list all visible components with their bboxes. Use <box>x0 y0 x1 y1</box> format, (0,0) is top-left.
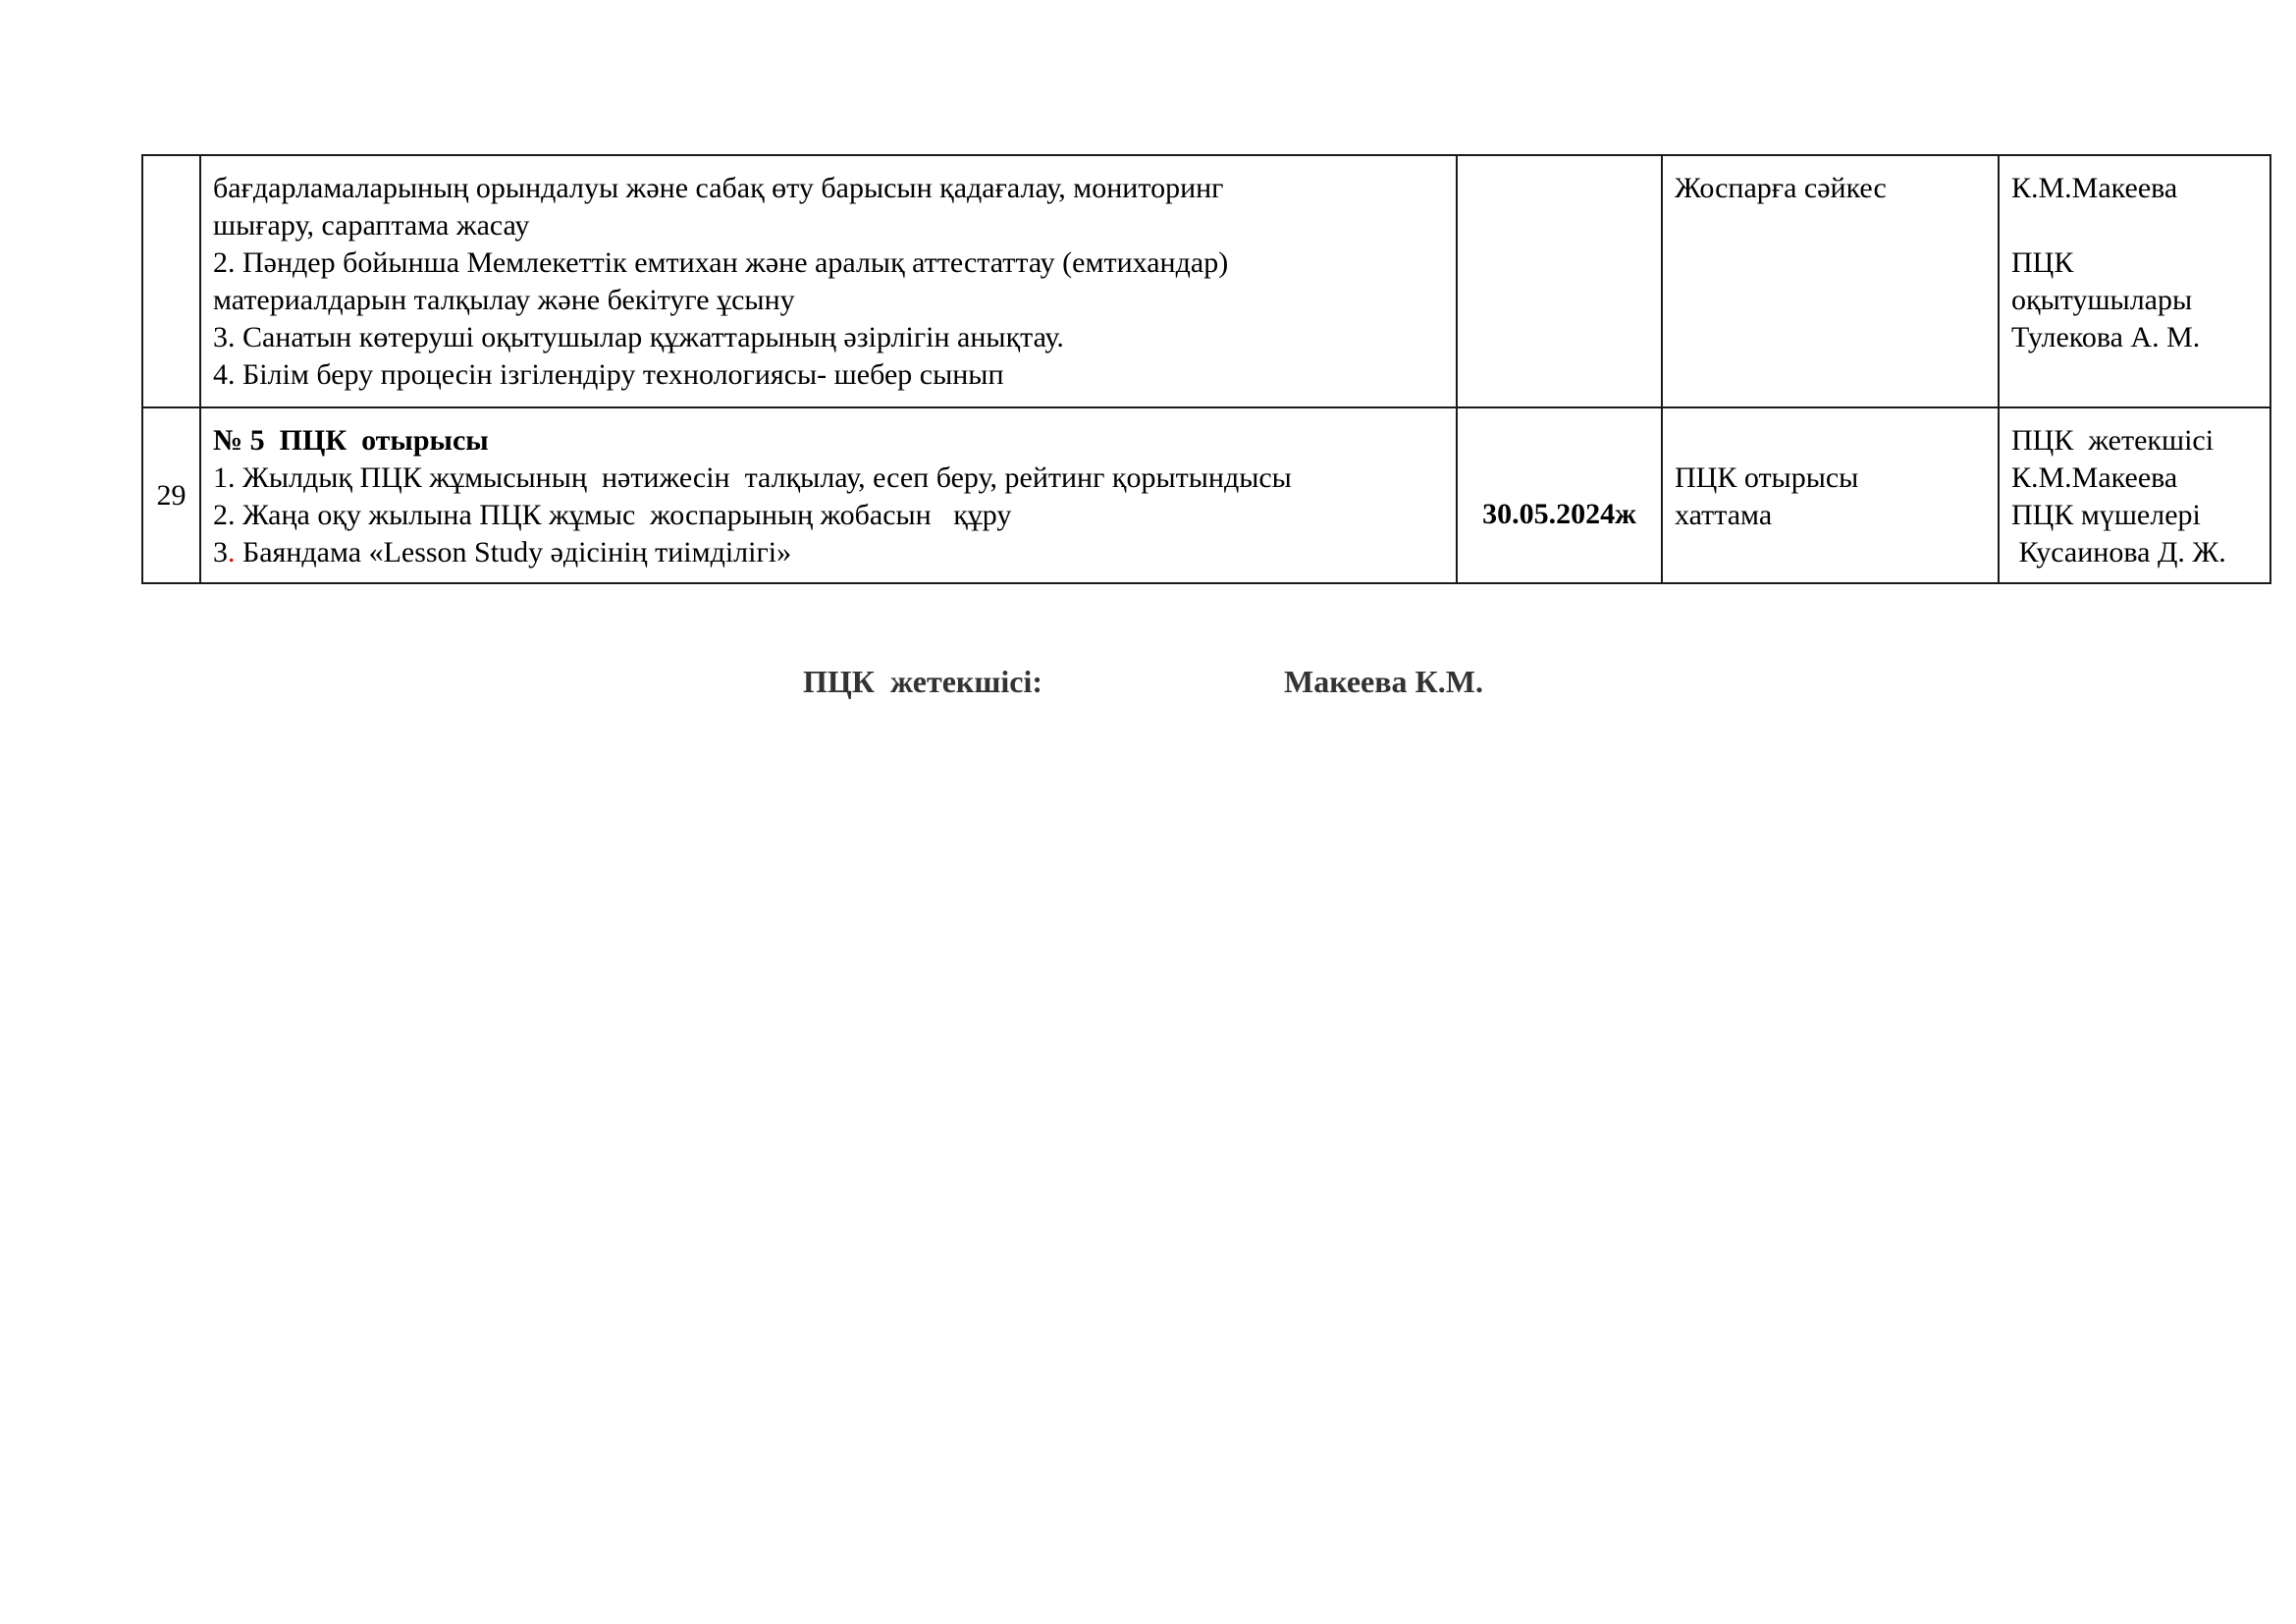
form-line: ПЦК отырысы <box>1675 460 1988 497</box>
item-number-dot: . <box>228 536 236 568</box>
responsible-cell: К.М.Макеева ПЦК оқытушылары Тулекова А. … <box>1999 155 2270 407</box>
work-plan-table: бағдарламаларының орындалуы және сабақ ө… <box>141 154 2271 584</box>
completion-form-cell: ПЦК отырысы хаттама <box>1662 407 1999 583</box>
responsible-line <box>2011 207 2260 244</box>
responsible-cell: ПЦК жетекшісі К.М.Макеева ПЦК мүшелері К… <box>1999 407 2270 583</box>
row-number: 29 <box>157 479 187 512</box>
date-cell: 30.05.2024ж <box>1457 407 1662 583</box>
responsible-line: ПЦК жетекшісі <box>2011 422 2260 460</box>
item-number: 3 <box>213 536 228 568</box>
signature-label: ПЦК жетекшісі: <box>803 664 1042 700</box>
date-cell <box>1457 155 1662 407</box>
content-cell: бағдарламаларының орындалуы және сабақ ө… <box>200 155 1457 407</box>
form-line: хаттама <box>1675 497 1988 534</box>
form-line: Жоспарға сәйкес <box>1675 170 1988 207</box>
responsible-line: К.М.Макеева <box>2011 460 2260 497</box>
content-line: 1. Жылдық ПЦК жұмысының нәтижесін талқыл… <box>213 460 1446 497</box>
table-row: 29 № 5 ПЦК отырысы 1. Жылдық ПЦК жұмысын… <box>142 407 2270 583</box>
content-line: 2. Пәндер бойынша Мемлекеттік емтихан жә… <box>213 244 1446 282</box>
content-line: 3. Санатын көтеруші оқытушылар құжаттары… <box>213 319 1446 356</box>
row-number-cell: 29 <box>142 407 200 583</box>
document-page: бағдарламаларының орындалуы және сабақ ө… <box>0 0 2296 1624</box>
responsible-line: К.М.Макеева <box>2011 170 2260 207</box>
responsible-line: ПЦК мүшелері <box>2011 497 2260 534</box>
content-cell: № 5 ПЦК отырысы 1. Жылдық ПЦК жұмысының … <box>200 407 1457 583</box>
row-number-cell <box>142 155 200 407</box>
table-row: бағдарламаларының орындалуы және сабақ ө… <box>142 155 2270 407</box>
responsible-line: оқытушылары <box>2011 282 2260 319</box>
completion-form-cell: Жоспарға сәйкес <box>1662 155 1999 407</box>
responsible-line: Кусаинова Д. Ж. <box>2011 534 2260 571</box>
meeting-title: № 5 ПЦК отырысы <box>213 422 1446 460</box>
responsible-line: Тулекова А. М. <box>2011 319 2260 356</box>
content-line: 3. Баяндама «Lesson Study әдісінің тиімд… <box>213 534 1446 571</box>
content-line: шығару, сараптама жасау <box>213 207 1446 244</box>
item-text: Баяндама «Lesson Study әдісінің тиімділі… <box>236 536 792 568</box>
content-line: бағдарламаларының орындалуы және сабақ ө… <box>213 170 1446 207</box>
date-value: 30.05.2024ж <box>1482 498 1636 530</box>
content-line: материалдарын талқылау және бекітуге ұсы… <box>213 282 1446 319</box>
responsible-line: ПЦК <box>2011 244 2260 282</box>
content-line: 2. Жаңа оқу жылына ПЦК жұмыс жоспарының … <box>213 497 1446 534</box>
signature-name: Макеева К.М. <box>1284 664 1483 700</box>
content-line: 4. Білім беру процесін ізгілендіру техно… <box>213 356 1446 394</box>
